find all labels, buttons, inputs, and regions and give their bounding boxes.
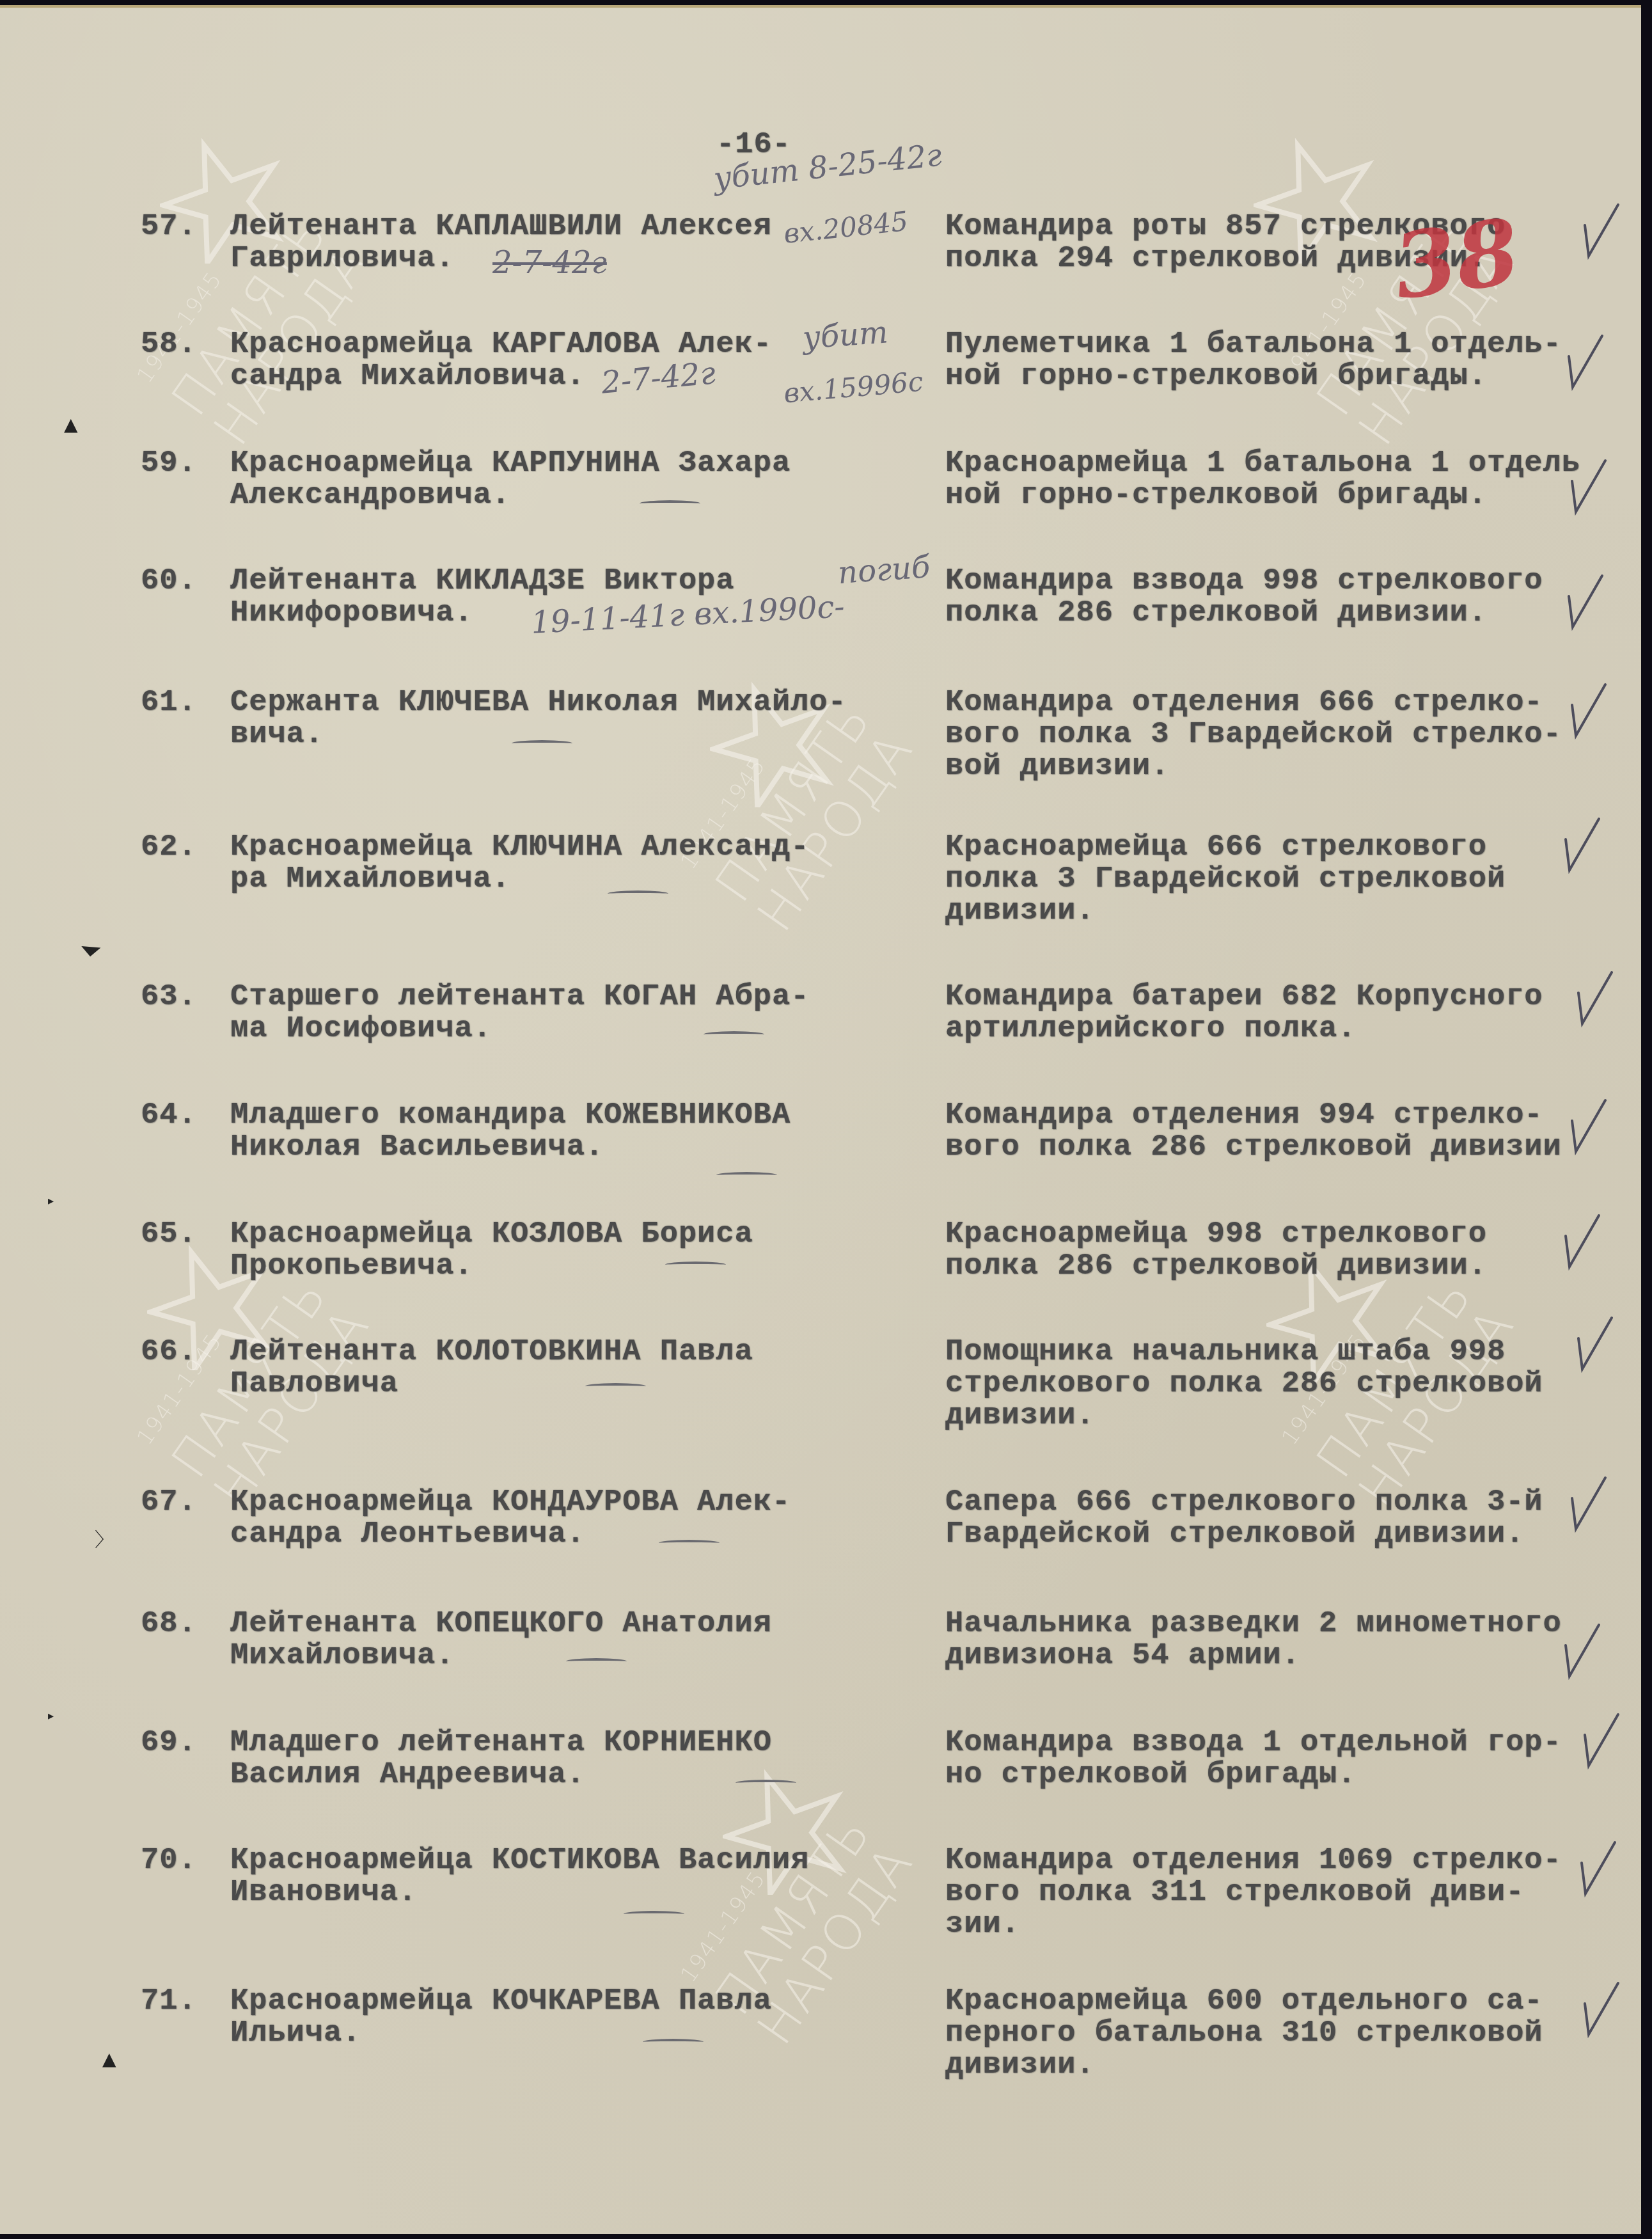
entry-position: Сапера 666 стрелкового полка 3-й Гвардей… <box>945 1487 1642 1551</box>
entry-position: Красноармейца 666 стрелкового полка 3 Гв… <box>945 832 1642 928</box>
entry-position: Командира отделения 666 стрелко- вого по… <box>945 687 1642 783</box>
checkmark-icon <box>1580 200 1618 257</box>
entry-number: 62. <box>141 832 224 864</box>
entry-number: 63. <box>141 981 224 1013</box>
pencil-dash-mark <box>704 1031 764 1038</box>
entry-number: 70. <box>141 1845 224 1877</box>
entry-position: Начальника разведки 2 минометного дивизи… <box>945 1608 1642 1672</box>
entry-position: Командира взвода 998 стрелкового полка 2… <box>945 566 1642 629</box>
checkmark-icon <box>1567 1095 1605 1153</box>
checkmark-icon <box>1567 455 1605 513</box>
entry-rank-name: Красноармейца КОЗЛОВА Бориса Прокопьевич… <box>230 1219 921 1283</box>
margin-mark: ▸ <box>48 1709 54 1723</box>
pencil-dash-mark <box>643 2039 704 2045</box>
entry-position: Красноармейца 600 отдельного са- перного… <box>945 1986 1642 2082</box>
checkmark-icon <box>1561 1620 1599 1677</box>
entry-number: 71. <box>141 1986 224 2018</box>
entry-number: 61. <box>141 687 224 719</box>
checkmark-icon <box>1561 814 1599 871</box>
checkmark-icon <box>1567 679 1605 737</box>
entry-rank-name: Младшего командира КОЖЕВНИКОВА Николая В… <box>230 1100 921 1164</box>
entry-position: Командира батареи 682 Корпусного артилле… <box>945 981 1642 1045</box>
entry-number: 69. <box>141 1727 224 1759</box>
entry-number: 68. <box>141 1608 224 1640</box>
checkmark-icon <box>1573 1313 1612 1370</box>
entry-position: Красноармейца 1 батальона 1 отдель ной г… <box>945 448 1642 512</box>
pencil-dash-mark <box>566 1658 627 1665</box>
entry-rank-name: Красноармейца КОНДАУРОВА Алек- сандра Ле… <box>230 1487 921 1551</box>
pencil-dash-mark <box>608 890 668 897</box>
document-page: 1941-1945ПАМЯТЬНАРОДА1941-1945ПАМЯТЬНАРО… <box>0 5 1641 2234</box>
entry-position: Командира отделения 1069 стрелко- вого п… <box>945 1845 1642 1941</box>
pencil-dash-mark <box>716 1172 777 1178</box>
pencil-dash-mark <box>665 1262 726 1268</box>
margin-mark: ◣ <box>78 933 102 958</box>
checkmark-icon <box>1577 1837 1615 1895</box>
margin-mark: ▸ <box>48 1194 54 1208</box>
entry-number: 66. <box>141 1336 224 1368</box>
checkmark-icon <box>1580 1709 1618 1767</box>
entry-rank-name: Сержанта КЛЮЧЕВА Николая Михайло- вича. <box>230 687 921 751</box>
checkmark-icon <box>1567 1473 1605 1530</box>
margin-mark: ▲ <box>64 414 78 435</box>
entry-number: 65. <box>141 1219 224 1251</box>
entry-number: 64. <box>141 1100 224 1132</box>
entry-position: Пулеметчика 1 батальона 1 отдель- ной го… <box>945 329 1642 393</box>
entry-rank-name: Красноармейца КОЧКАРЕВА Павла Ильича. <box>230 1986 921 2050</box>
entry-rank-name: Лейтенанта КОЛОТОВКИНА Павла Павловича <box>230 1336 921 1400</box>
entry-rank-name: Красноармейца КОСТИКОВА Василия Иванович… <box>230 1845 921 1909</box>
pencil-dash-mark <box>640 500 700 507</box>
entry-position: Красноармейца 998 стрелкового полка 286 … <box>945 1219 1642 1283</box>
entry-number: 57. <box>141 211 224 243</box>
entry-rank-name: Красноармейца КАРПУНИНА Захара Александр… <box>230 448 921 512</box>
checkmark-icon <box>1573 967 1612 1025</box>
entry-number: 58. <box>141 329 224 361</box>
checkmark-icon <box>1564 331 1602 388</box>
entry-rank-name: Младшего лейтенанта КОРНИЕНКО Василия Ан… <box>230 1727 921 1791</box>
margin-mark: ▲ <box>102 2048 116 2069</box>
pencil-dash-mark <box>736 1780 796 1786</box>
entry-position: Командира взвода 1 отдельной гор- но стр… <box>945 1727 1642 1791</box>
entry-position: Помощника начальника штаба 998 стрелково… <box>945 1336 1642 1432</box>
pencil-dash-mark <box>659 1540 720 1546</box>
entry-number: 59. <box>141 448 224 480</box>
checkmark-icon <box>1561 1210 1599 1268</box>
pencil-dash-mark <box>512 740 572 747</box>
pencil-dash-mark <box>585 1383 646 1389</box>
entry-position: Командира отделения 994 стрелко- вого по… <box>945 1100 1642 1164</box>
entry-rank-name: Старшего лейтенанта КОГАН Абра- ма Иосиф… <box>230 981 921 1045</box>
entry-number: 60. <box>141 566 224 597</box>
entry-position: Командира роты 857 стрелкового полка 294… <box>945 211 1642 275</box>
margin-mark: 〉 <box>95 1524 114 1552</box>
handwritten-note-58-killed: убит <box>801 317 889 353</box>
checkmark-icon <box>1564 571 1602 628</box>
red-pencil-mark: 38 <box>1393 236 1521 284</box>
checkmark-icon <box>1580 1978 1618 2036</box>
entry-rank-name: Красноармейца КЛЮЧИНА Александ- ра Михай… <box>230 832 921 896</box>
handwritten-note-60-died: погиб <box>837 551 931 589</box>
pencil-dash-mark <box>624 1911 684 1917</box>
entry-number: 67. <box>141 1487 224 1519</box>
handwritten-note-58-date: 2-7-42г <box>600 358 716 398</box>
handwritten-note-57-struck-date: 2-7-42г <box>492 248 607 278</box>
